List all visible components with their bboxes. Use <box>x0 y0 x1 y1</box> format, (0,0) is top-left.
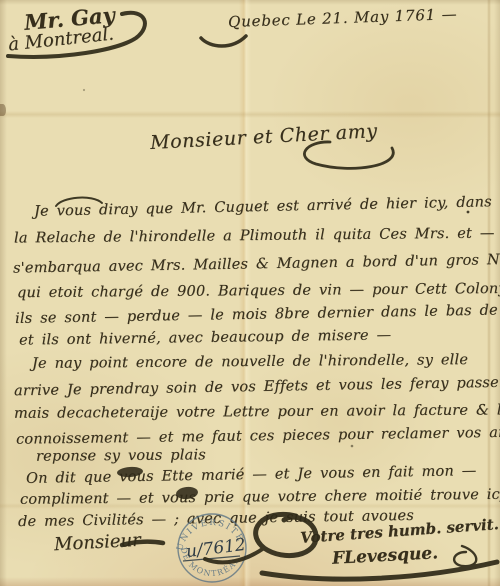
letter-line: reponse sy vous plais <box>36 447 206 464</box>
salutation-flourish <box>304 142 393 168</box>
letter-line: s'embarqua avec Mrs. Mailles & Magnen a … <box>13 251 500 276</box>
recipient-place: à Montreal. <box>7 24 115 56</box>
ink-speck <box>467 211 470 214</box>
letter-line: connoissement — et me faut ces pieces po… <box>16 424 500 447</box>
salutation: Monsieur et Cher amy <box>150 120 379 154</box>
letter-line: ils se sont — perdue — le mois 8bre dern… <box>15 301 500 327</box>
signature-paraph <box>454 546 476 566</box>
paper-tear <box>0 104 6 116</box>
ink-speck <box>83 89 85 91</box>
signature: FLevesque. <box>332 543 439 569</box>
letter-line: la Relache de l'hirondelle a Plimouth il… <box>14 225 495 246</box>
letter-line: Je vous diray que Mr. Cuguet est arrivé … <box>34 194 492 220</box>
ink-speck <box>351 445 354 448</box>
letter-line: et ils ont hiverné, avec beaucoup de mis… <box>19 327 391 348</box>
letter-scan: Mr. Gay à Montreal. Quebec Le 21. May 17… <box>0 0 500 586</box>
horizontal-crease <box>0 111 500 118</box>
closing-address: Monsieur <box>54 530 142 556</box>
letter-line: On dit que vous Ette marié — et Je vous … <box>26 463 477 487</box>
universite-de-montreal-stamp: UNIVERSITÉ DE MONTRÉAL u/7612 <box>168 511 256 586</box>
letter-line: arrive Je prendray soin de vos Effets et… <box>14 375 500 400</box>
letter-line: mais decacheteraije votre Lettre pour en… <box>14 402 500 422</box>
dateline: Quebec Le 21. May 1761 — <box>228 5 458 31</box>
letter-line: Je nay point encore de nouvelle de l'hir… <box>32 352 468 372</box>
letter-line: qui etoit chargé de 900. Bariques de vin… <box>17 281 500 301</box>
